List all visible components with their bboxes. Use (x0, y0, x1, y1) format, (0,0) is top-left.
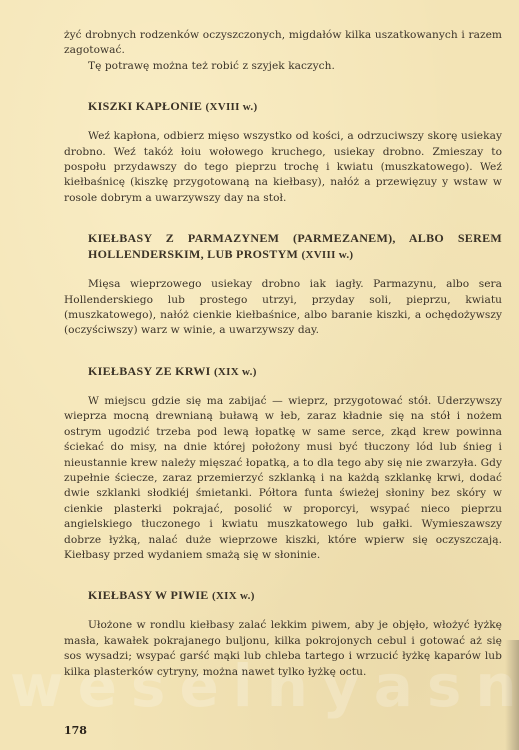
book-page: żyć drobnych rodzenków oczyszczonych, mi… (64, 28, 502, 680)
recipe-heading-kielbasy-z-parmazynem: KIEŁBASY Z PARMAZYNEM (PARMEZANEM), ALBO… (88, 230, 502, 263)
recipe-body-kiszki-kaplonie: Weź kapłona, odbierz mięso wszystko od k… (64, 129, 502, 206)
recipe-title: KISZKI KAPŁONIE (88, 99, 202, 113)
page-number: 178 (64, 724, 87, 737)
recipe-body-kielbasy-z-parmazynem: Mięsa wieprzowego usiekay drobno iak iag… (64, 277, 502, 339)
recipe-heading-kiszki-kaplonie: KISZKI KAPŁONIE (XVIII w.) (88, 98, 502, 115)
recipe-title: KIEŁBASY W PIWIE (88, 588, 209, 602)
recipe-era: (XIX w.) (212, 590, 255, 602)
note-paragraph: Tę potrawę można też robić z szyjek kacz… (64, 59, 502, 74)
recipe-body-kielbasy-w-piwie: Ułożone w rondlu kiełbasy zalać lekkim p… (64, 618, 502, 680)
page-edge-shadow (505, 640, 519, 750)
recipe-body-kielbasy-ze-krwi: W miejscu gdzie się ma zabijać — wieprz,… (64, 394, 502, 563)
recipe-heading-kielbasy-w-piwie: KIEŁBASY W PIWIE (XIX w.) (88, 587, 502, 604)
recipe-title: KIEŁBASY ZE KRWI (88, 364, 211, 378)
recipe-era: (XVIII w.) (206, 101, 258, 113)
recipe-era: (XVIII w.) (301, 249, 353, 261)
recipe-heading-kielbasy-ze-krwi: KIEŁBASY ZE KRWI (XIX w.) (88, 363, 502, 380)
recipe-title: KIEŁBASY Z PARMAZYNEM (PARMEZANEM), ALBO… (88, 231, 502, 261)
recipe-era: (XIX w.) (214, 366, 257, 378)
continuation-paragraph: żyć drobnych rodzenków oczyszczonych, mi… (64, 28, 502, 59)
